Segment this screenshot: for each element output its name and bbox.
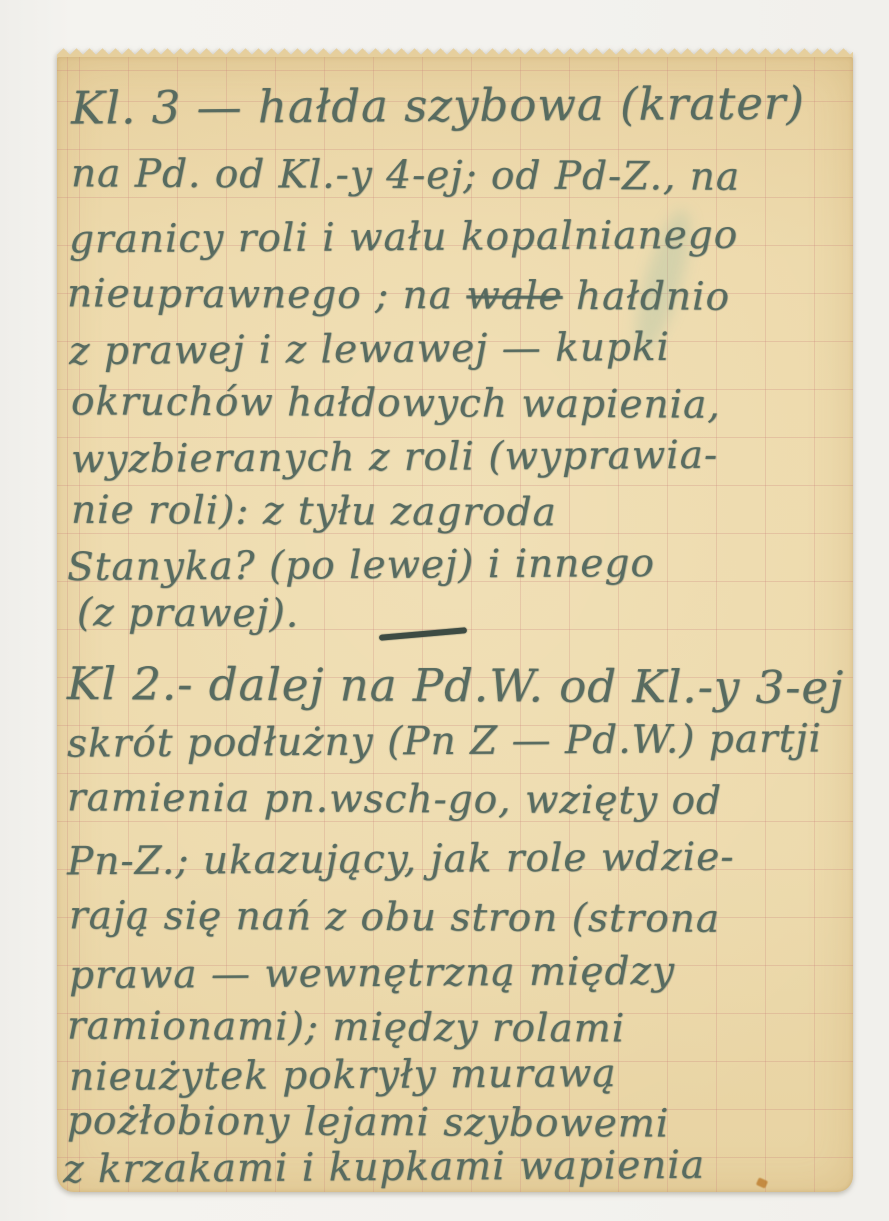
handwriting-line: (z prawej). bbox=[77, 590, 299, 636]
handwriting-line: granicy roli i wału kopalnianego bbox=[69, 213, 738, 263]
handwriting-line: na Pd. od Kl.-y 4-ej; od Pd-Z., na bbox=[71, 151, 740, 200]
handwriting-line: wyzbieranych z roli (wyprawia- bbox=[71, 433, 718, 483]
notebook-page: Kl. 3 — hałda szybowa (krater) na Pd. od… bbox=[57, 48, 853, 1192]
handwriting-segment: hałdnio bbox=[562, 274, 730, 320]
handwriting-line: skrót podłużny (Pn Z — Pd.W.) partji bbox=[67, 716, 822, 766]
handwriting-line: nieużytek pokryły murawą bbox=[69, 1051, 617, 1100]
handwriting-segment: nieuprawnego ; na bbox=[67, 271, 467, 318]
handwriting-line: ramienia pn.wsch-go, wzięty od bbox=[67, 775, 722, 823]
paper-surface: Kl. 3 — hałda szybowa (krater) na Pd. od… bbox=[57, 57, 853, 1192]
handwriting-line: Stanyka? (po lewej) i innego bbox=[67, 541, 655, 590]
handwriting-line: Kl. 3 — hałda szybowa (krater) bbox=[71, 76, 805, 134]
handwriting-line: rają się nań z obu stron (strona bbox=[69, 893, 720, 941]
handwriting-line: z krzakami i kupkami wapienia bbox=[63, 1143, 705, 1192]
handwriting-line: Kl 2.- dalej na Pd.W. od Kl.-y 3-ej bbox=[67, 657, 844, 714]
handwriting-line: nie roli): z tyłu zagroda bbox=[71, 488, 557, 536]
handwriting-line: z prawej i z lewawej — kupki bbox=[69, 325, 670, 374]
handwriting-line: okruchów hałdowych wapienia, bbox=[71, 379, 721, 427]
handwriting-line: pożłobiony lejami szybowemi bbox=[67, 1098, 670, 1146]
handwriting-line: ramionami); między rolami bbox=[67, 1004, 625, 1052]
handwriting-line: Pn-Z.; ukazujący, jak role wdzie- bbox=[67, 835, 735, 885]
handwriting-line: prawa — wewnętrzną między bbox=[69, 949, 675, 998]
handwriting-line: nieuprawnego ; na wale hałdnio bbox=[67, 271, 730, 319]
struck-out-word: wale bbox=[466, 273, 562, 319]
